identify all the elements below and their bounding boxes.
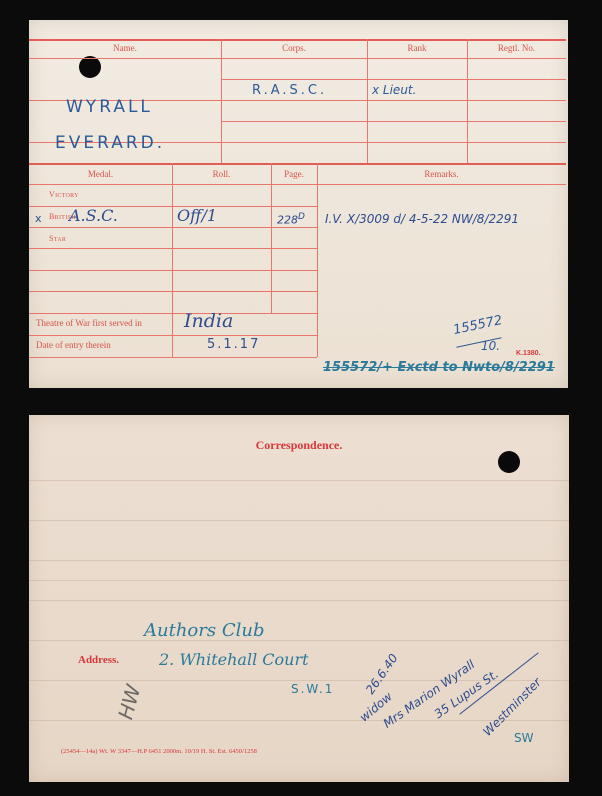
page-number: 228 bbox=[277, 214, 298, 227]
faint-rule bbox=[29, 560, 569, 561]
roll-header: Roll. bbox=[172, 169, 271, 179]
theatre-label: Theatre of War first served in bbox=[36, 318, 142, 328]
entry-date-label: Date of entry therein bbox=[36, 340, 111, 350]
rule bbox=[29, 357, 317, 358]
victory-label: Victory bbox=[49, 190, 79, 199]
theatre-value: India bbox=[184, 310, 233, 332]
forename: EVERARD. bbox=[55, 133, 165, 153]
faint-rule bbox=[29, 480, 569, 481]
correspondence-title: Correspondence. bbox=[29, 438, 569, 453]
medal-tick: x bbox=[35, 212, 42, 225]
rule bbox=[29, 291, 317, 292]
faint-rule bbox=[29, 520, 569, 521]
page-value: 228D bbox=[277, 212, 305, 227]
rank-header: Rank bbox=[367, 43, 467, 53]
rank-value: x Lieut. bbox=[372, 83, 416, 97]
roll-value: Off/1 bbox=[177, 206, 217, 225]
rule bbox=[29, 313, 317, 314]
page-suffix: D bbox=[298, 212, 305, 222]
rule bbox=[29, 248, 317, 249]
faint-rule bbox=[29, 600, 569, 601]
rule bbox=[29, 184, 566, 185]
punch-hole bbox=[79, 56, 101, 78]
column-divider bbox=[317, 163, 318, 357]
remarks-value: I.V. X/3009 d/ 4-5-22 NW/8/2291 bbox=[325, 212, 519, 226]
address-line-1: Authors Club bbox=[144, 620, 264, 641]
initials: HW bbox=[113, 682, 145, 722]
rule bbox=[29, 227, 317, 228]
note-postal: SW bbox=[514, 731, 533, 745]
corps-value: R.A.S.C. bbox=[252, 83, 327, 98]
medal-index-card-back: Correspondence. Address. Authors Club 2.… bbox=[29, 415, 569, 782]
surname: WYRALL bbox=[66, 97, 153, 117]
address-label: Address. bbox=[78, 654, 119, 666]
page-header: Page. bbox=[271, 169, 317, 179]
regtl-header: Regtl. No. bbox=[467, 43, 566, 53]
rule bbox=[29, 39, 566, 41]
corps-header: Corps. bbox=[221, 43, 367, 53]
entry-date-value: 5.1.17 bbox=[207, 337, 260, 352]
medal-index-card-front: Name. Corps. Rank Regtl. No. WYRALL EVER… bbox=[29, 20, 568, 388]
faint-rule bbox=[29, 640, 569, 641]
note-date: 26.6.40 bbox=[363, 651, 401, 697]
rule bbox=[29, 163, 566, 165]
medal-header: Medal. bbox=[29, 169, 172, 179]
faint-rule bbox=[29, 580, 569, 581]
rule bbox=[29, 270, 317, 271]
ref-fraction-bottom: 10. bbox=[481, 339, 500, 353]
form-reference: K.1380. bbox=[516, 350, 541, 357]
name-header: Name. bbox=[29, 43, 221, 53]
address-line-2: 2. Whitehall Court bbox=[159, 650, 309, 669]
column-divider bbox=[221, 39, 222, 163]
address-line-3: S.W.1 bbox=[291, 682, 334, 696]
rule bbox=[29, 335, 317, 336]
remarks-header: Remarks. bbox=[317, 169, 566, 179]
column-divider bbox=[172, 163, 173, 357]
punch-hole bbox=[498, 451, 520, 473]
bottom-note: 155572/+ Exctd to Nwto/8/2291 bbox=[323, 360, 555, 375]
column-divider bbox=[467, 39, 468, 163]
rule bbox=[222, 121, 566, 122]
star-label: Star bbox=[49, 234, 66, 243]
rule bbox=[29, 58, 566, 59]
ref-fraction-top: 155572 bbox=[452, 313, 504, 338]
printer-imprint: (25454—14a) Wt. W 3347—H.P 6451 2000m. 1… bbox=[61, 748, 257, 755]
rule bbox=[222, 79, 566, 80]
medal-unit: A.S.C. bbox=[69, 206, 118, 225]
bottom-note-text: 155572/+ Exctd to Nwto/8/2291 bbox=[323, 360, 555, 375]
column-divider bbox=[271, 163, 272, 313]
column-divider bbox=[367, 39, 368, 163]
